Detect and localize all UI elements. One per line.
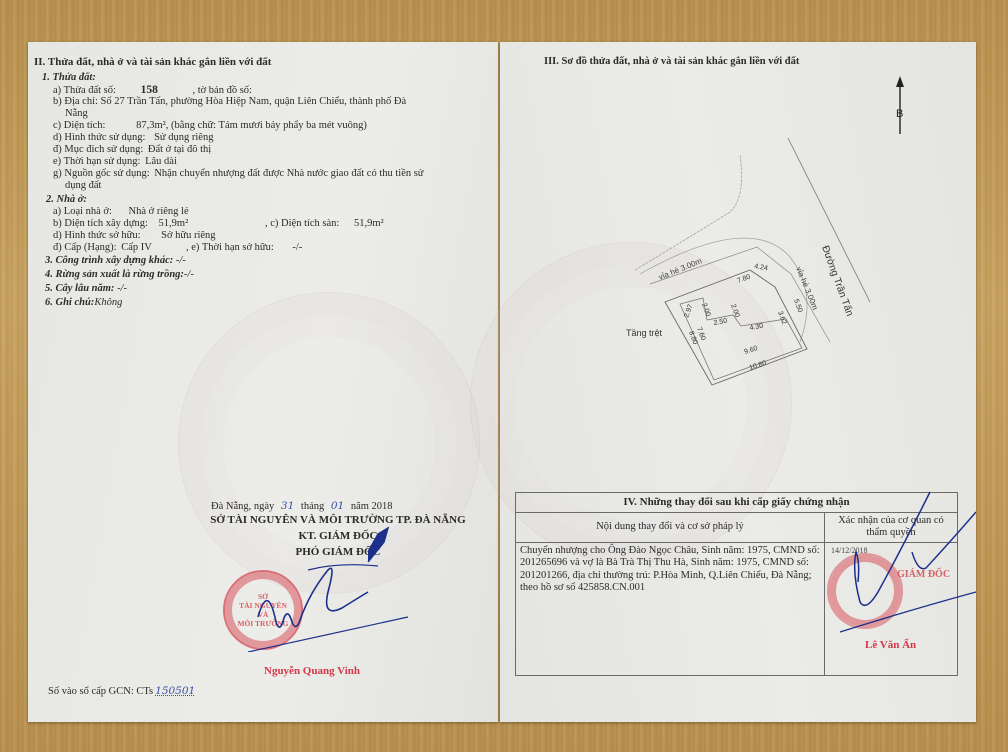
certificate-right-page: III. Sơ đồ thửa đất, nhà ở và tài sản kh… <box>500 42 976 722</box>
gcn-number: 150501 <box>155 685 195 697</box>
svg-text:vỉa hè 3.00m: vỉa hè 3.00m <box>657 256 703 282</box>
address-line2: Nẵng <box>65 108 88 120</box>
land-address-row: b) Địa chỉ: Số 27 Trần Tấn, phường Hòa H… <box>53 96 406 108</box>
usage-term-row: e) Thời hạn sử dụng: Lâu dài <box>53 156 177 168</box>
svg-text:3.62: 3.62 <box>776 310 787 325</box>
other-item-5: 5. Cây lâu năm: -/- <box>45 283 127 295</box>
usage-origin-row: g) Nguồn gốc sử dụng: Nhận chuyển nhượng… <box>53 168 424 180</box>
ownership-term-row: , e) Thời hạn sở hữu: -/- <box>186 242 302 254</box>
label: a) Loại nhà ở: <box>53 206 112 217</box>
other-item-4: 4. Rừng sản xuất là rừng trồng:-/- <box>45 269 194 281</box>
label: b) Diện tích xây dựng: <box>53 218 148 229</box>
svg-text:Tầng trệt: Tầng trệt <box>626 328 663 338</box>
house-type-row: a) Loại nhà ở: Nhà ở riêng lẻ <box>53 206 189 218</box>
svg-text:5.50: 5.50 <box>792 298 803 313</box>
label: d) Hình thức sử dụng: <box>53 132 145 143</box>
label: d) Hình thức sở hữu: <box>53 230 141 241</box>
label: g) Nguồn gốc sử dụng: <box>53 168 150 179</box>
date-prefix: Đà Nẵng, ngày <box>211 501 274 512</box>
other-item-3: 3. Công trình xây dựng khác: -/- <box>45 255 186 267</box>
section-ii-title: II. Thửa đất, nhà ở và tài sản khác gắn … <box>34 56 271 68</box>
issue-date: Đà Nẵng, ngày 31 tháng 01 năm 2018 <box>211 500 393 513</box>
usage-purpose-row: đ) Mục đích sử dụng: Đất ở tại đô thị <box>53 144 211 156</box>
usage-form-value: Sử dụng riêng <box>154 132 213 143</box>
house-grade-value: Cấp IV <box>121 242 152 253</box>
svg-text:2.97: 2.97 <box>683 303 694 318</box>
building-area-row: b) Diện tích xây dựng: 51,9m² <box>53 218 188 230</box>
building-area-value: 51,9m² <box>159 218 189 229</box>
signer-name-left: Nguyễn Quang Vinh <box>264 665 360 677</box>
date-month: 01 <box>331 500 344 512</box>
certificate-left-page: II. Thửa đất, nhà ở và tài sản khác gắn … <box>28 42 498 722</box>
other-item-6: 6. Ghi chú:Không <box>45 297 122 309</box>
usage-term-value: Lâu dài <box>145 156 177 167</box>
value: -/- <box>114 283 127 294</box>
label: b) Địa chỉ: <box>53 96 98 107</box>
floor-area-row: , c) Diện tích sàn: 51,9m² <box>265 218 384 230</box>
usage-origin-value: Nhận chuyển nhượng đất được Nhà nước gia… <box>154 168 423 179</box>
usage-purpose-value: Đất ở tại đô thị <box>148 144 211 155</box>
label: đ) Cấp (Hạng): <box>53 242 117 253</box>
ownership-form-row: d) Hình thức sở hữu: Sở hữu riêng <box>53 230 216 242</box>
gcn-registry-row: Số vào sổ cấp GCN: CTs150501 <box>48 685 195 698</box>
signature-left <box>218 522 418 652</box>
svg-text:7.80: 7.80 <box>736 274 751 285</box>
signature-right <box>800 482 976 642</box>
value: Không <box>94 297 122 308</box>
label: 4. Rừng sản xuất là rừng trồng: <box>45 269 184 280</box>
parcel-diagram: B Đường Trần Tấn vỉa hè 3.00m vỉa hè 3.0… <box>500 42 976 462</box>
ownership-term-value: -/- <box>292 242 302 253</box>
north-arrow-icon: B <box>896 76 904 134</box>
value: -/- <box>184 269 194 280</box>
label: 5. Cây lâu năm: <box>45 283 114 294</box>
map-sheet-label: , tờ bản đồ số: <box>192 85 252 96</box>
svg-text:B: B <box>896 108 903 120</box>
label: e) Thời hạn sử dụng: <box>53 156 140 167</box>
svg-text:2.50: 2.50 <box>713 318 728 327</box>
change-entry-content: Chuyển nhượng cho Ông Đào Ngọc Châu, Sin… <box>516 542 825 675</box>
house-grade-row: đ) Cấp (Hạng): Cấp IV <box>53 242 152 254</box>
change-entry-text: Chuyển nhượng cho Ông Đào Ngọc Châu, Sin… <box>520 545 820 595</box>
gcn-label: Số vào sổ cấp GCN: CTs <box>48 686 153 697</box>
address-value: Số 27 Trần Tấn, phường Hòa Hiệp Nam, quậ… <box>101 96 407 107</box>
plot-number: 158 <box>141 84 158 96</box>
svg-text:2.00: 2.00 <box>700 302 711 317</box>
year-label: năm 2018 <box>351 501 393 512</box>
label: đ) Mục đích sử dụng: <box>53 144 143 155</box>
usage-origin-line2: dụng đất <box>65 180 101 192</box>
col-header-content: Nội dung thay đổi và cơ sở pháp lý <box>516 512 825 542</box>
house-heading: 2. Nhà ở: <box>46 194 87 206</box>
date-day: 31 <box>281 500 294 512</box>
svg-text:10.80: 10.80 <box>748 360 767 372</box>
area-value: 87,3m², (bằng chữ: Tám mươi bảy phẩy ba … <box>136 120 367 131</box>
label: 6. Ghi chú: <box>45 297 94 308</box>
label: , c) Diện tích sàn: <box>265 218 339 229</box>
label: c) Diện tích: <box>53 120 105 131</box>
svg-text:4.30: 4.30 <box>749 323 764 332</box>
svg-text:4.24: 4.24 <box>754 263 769 272</box>
value: -/- <box>173 255 186 266</box>
land-heading: 1. Thửa đất: <box>42 72 96 84</box>
label: 3. Công trình xây dựng khác: <box>45 255 173 266</box>
usage-form-row: d) Hình thức sử dụng: Sử dụng riêng <box>53 132 213 144</box>
label: , e) Thời hạn sở hữu: <box>186 242 274 253</box>
svg-text:Đường Trần Tấn: Đường Trần Tấn <box>819 244 856 318</box>
house-type-value: Nhà ở riêng lẻ <box>129 206 189 217</box>
ownership-form-value: Sở hữu riêng <box>161 230 215 241</box>
month-label: tháng <box>301 501 324 512</box>
land-area-row: c) Diện tích: 87,3m², (bằng chữ: Tám mươ… <box>53 120 367 132</box>
floor-area-value: 51,9m² <box>354 218 384 229</box>
label: a) Thửa đất số: <box>53 85 116 96</box>
svg-text:9.60: 9.60 <box>743 345 758 356</box>
svg-text:2.00: 2.00 <box>729 303 740 318</box>
